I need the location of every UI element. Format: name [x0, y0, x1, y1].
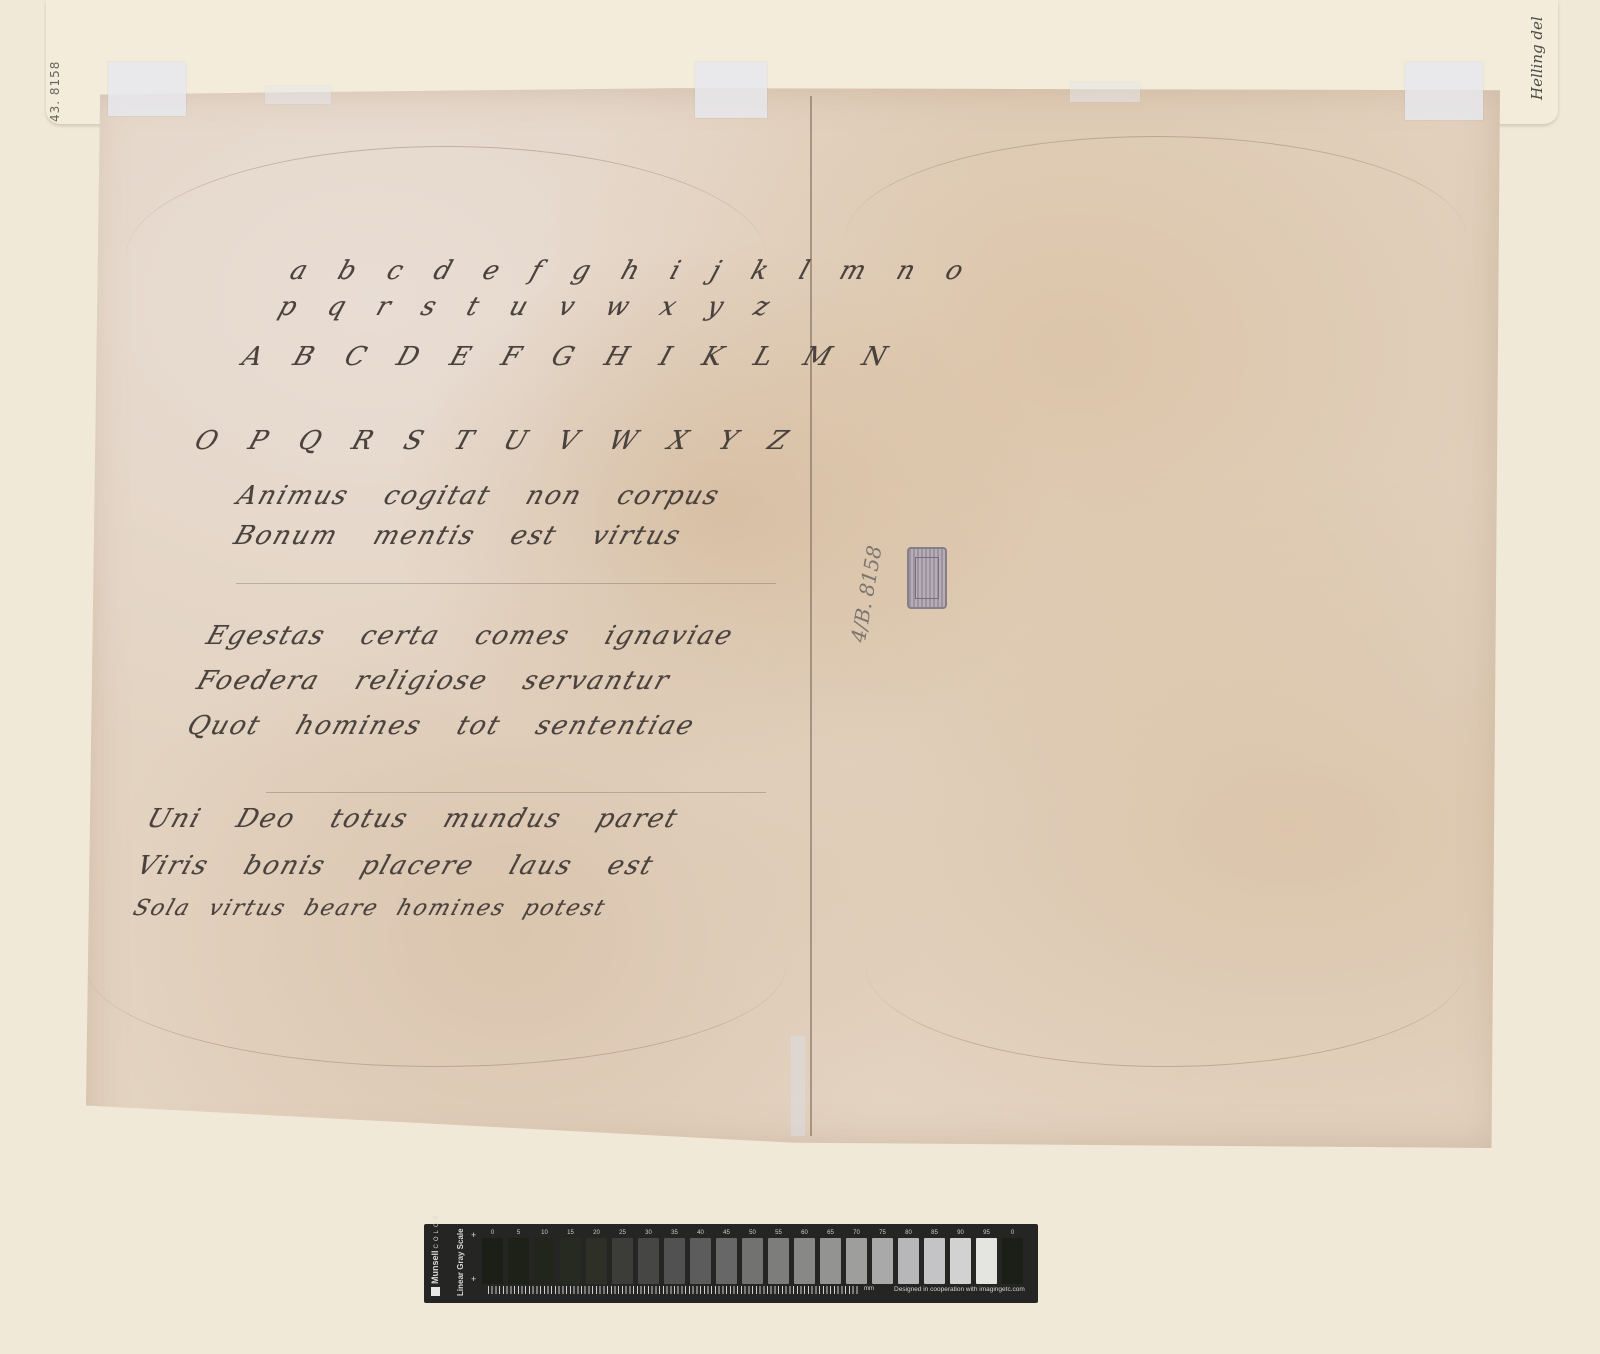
gray-patch-swatch — [482, 1238, 503, 1284]
card-credit: Designed in cooperation with imagingetc.… — [894, 1286, 1025, 1293]
gray-patch-label: 15 — [567, 1228, 574, 1238]
collection-stamp — [907, 547, 947, 609]
motto-line: Sola virtus beare homines potest — [130, 896, 610, 921]
gray-patch: 55 — [768, 1228, 789, 1284]
gray-patch-label: 40 — [697, 1228, 704, 1238]
munsell-logo-icon — [431, 1287, 440, 1296]
gray-patch-label: 20 — [593, 1228, 600, 1238]
gray-patch: 95 — [976, 1228, 997, 1284]
gray-patch-label: 5 — [517, 1228, 520, 1238]
mm-ruler — [488, 1286, 860, 1294]
gray-patch-swatch — [950, 1238, 971, 1284]
munsell-gray-scale-card: MunsellCOLOR Linear Gray Scale + + 05101… — [424, 1224, 1038, 1303]
gray-patch-swatch — [664, 1238, 685, 1284]
motto-line: Animus cogitat non corpus — [233, 481, 724, 511]
lowercase-alphabet-line: p q r s t u v w x y z — [275, 292, 784, 322]
gray-patch-label: 0 — [1011, 1228, 1014, 1238]
gray-scale-title: Linear Gray Scale — [456, 1228, 465, 1296]
hinge-tape — [1405, 62, 1483, 120]
paper-sheet: a b c d e f g h i j k l m n o p q r s t … — [86, 86, 1500, 1148]
gray-patch-swatch — [560, 1238, 581, 1284]
gray-patch-swatch — [742, 1238, 763, 1284]
motto-line: Uni Deo totus mundus paret — [143, 804, 683, 834]
gray-patch-label: 0 — [491, 1228, 494, 1238]
gray-patch-swatch — [508, 1238, 529, 1284]
gray-patch: 15 — [560, 1228, 581, 1284]
gray-patch-label: 85 — [931, 1228, 938, 1238]
ruled-line — [236, 583, 776, 584]
fold-repair-strip — [791, 1036, 805, 1136]
gray-patch-swatch — [586, 1238, 607, 1284]
gray-patch-row: 051015202530354045505560657075808590950 — [482, 1228, 1023, 1284]
hinge-tape — [108, 62, 186, 116]
motto-line: Viris bonis placere laus est — [133, 851, 659, 881]
gray-patch-swatch — [768, 1238, 789, 1284]
plate-mark-right-top — [846, 136, 1466, 337]
registration-mark-icon: + — [471, 1274, 476, 1284]
gray-patch: 25 — [612, 1228, 633, 1284]
gray-patch: 60 — [794, 1228, 815, 1284]
gray-patch-swatch — [690, 1238, 711, 1284]
gray-patch: 85 — [924, 1228, 945, 1284]
gray-patch-swatch — [872, 1238, 893, 1284]
center-fold — [810, 96, 812, 1136]
hinge-tape — [695, 62, 767, 118]
gray-patch-swatch — [794, 1238, 815, 1284]
gray-patch: 80 — [898, 1228, 919, 1284]
motto-line: Bonum mentis est virtus — [230, 521, 685, 551]
mount-inventory-label: 43. 8158 — [48, 61, 62, 122]
gray-patch-label: 60 — [801, 1228, 808, 1238]
ruled-line — [266, 792, 766, 793]
gray-patch-label: 45 — [723, 1228, 730, 1238]
gray-patch-swatch — [846, 1238, 867, 1284]
gray-patch: 0 — [482, 1228, 503, 1284]
gray-patch-swatch — [534, 1238, 555, 1284]
gray-patch: 65 — [820, 1228, 841, 1284]
gray-patch: 45 — [716, 1228, 737, 1284]
gray-patch: 10 — [534, 1228, 555, 1284]
registration-mark-icon: + — [471, 1230, 476, 1240]
gray-patch-label: 90 — [957, 1228, 964, 1238]
hinge-tape — [265, 86, 331, 104]
gray-patch: 70 — [846, 1228, 867, 1284]
gray-patch: 20 — [586, 1228, 607, 1284]
gray-patch-label: 75 — [879, 1228, 886, 1238]
gray-patch-swatch — [1002, 1238, 1023, 1284]
lowercase-alphabet-line: a b c d e f g h i j k l m n o — [286, 256, 977, 286]
gray-patch-swatch — [716, 1238, 737, 1284]
gray-patch-swatch — [898, 1238, 919, 1284]
motto-line: Quot homines tot sententiae — [183, 711, 699, 741]
gray-patch-label: 55 — [775, 1228, 782, 1238]
gray-patch-label: 70 — [853, 1228, 860, 1238]
gray-patch-label: 35 — [671, 1228, 678, 1238]
gray-patch-label: 95 — [983, 1228, 990, 1238]
gray-patch: 30 — [638, 1228, 659, 1284]
gray-patch: 35 — [664, 1228, 685, 1284]
gray-patch-label: 50 — [749, 1228, 756, 1238]
gray-patch: 90 — [950, 1228, 971, 1284]
gray-patch-swatch — [820, 1238, 841, 1284]
hinge-tape — [1070, 82, 1140, 102]
uppercase-alphabet-line: A B C D E F G H I K L M N — [238, 342, 900, 372]
munsell-logo: MunsellCOLOR — [430, 1212, 442, 1296]
gray-patch: 5 — [508, 1228, 529, 1284]
mount-artist-label: Helling del — [1528, 16, 1546, 100]
gray-patch-swatch — [638, 1238, 659, 1284]
motto-line: Egestas certa comes ignaviae — [203, 621, 738, 651]
gray-patch-label: 25 — [619, 1228, 626, 1238]
gray-patch: 0 — [1002, 1228, 1023, 1284]
gray-patch-label: 30 — [645, 1228, 652, 1238]
ruler-unit-label: mm — [864, 1286, 874, 1292]
uppercase-alphabet-line: O P Q R S T U V W X Y Z — [191, 426, 802, 456]
plate-mark-right-bottom — [866, 866, 1466, 1067]
gray-patch-swatch — [976, 1238, 997, 1284]
motto-line: Foedera religiose servantur — [193, 666, 674, 696]
gray-patch-label: 10 — [541, 1228, 548, 1238]
gray-patch-swatch — [924, 1238, 945, 1284]
gray-patch-label: 65 — [827, 1228, 834, 1238]
gray-patch-swatch — [612, 1238, 633, 1284]
gray-patch: 50 — [742, 1228, 763, 1284]
gray-patch: 75 — [872, 1228, 893, 1284]
gray-patch-label: 80 — [905, 1228, 912, 1238]
gray-patch: 40 — [690, 1228, 711, 1284]
